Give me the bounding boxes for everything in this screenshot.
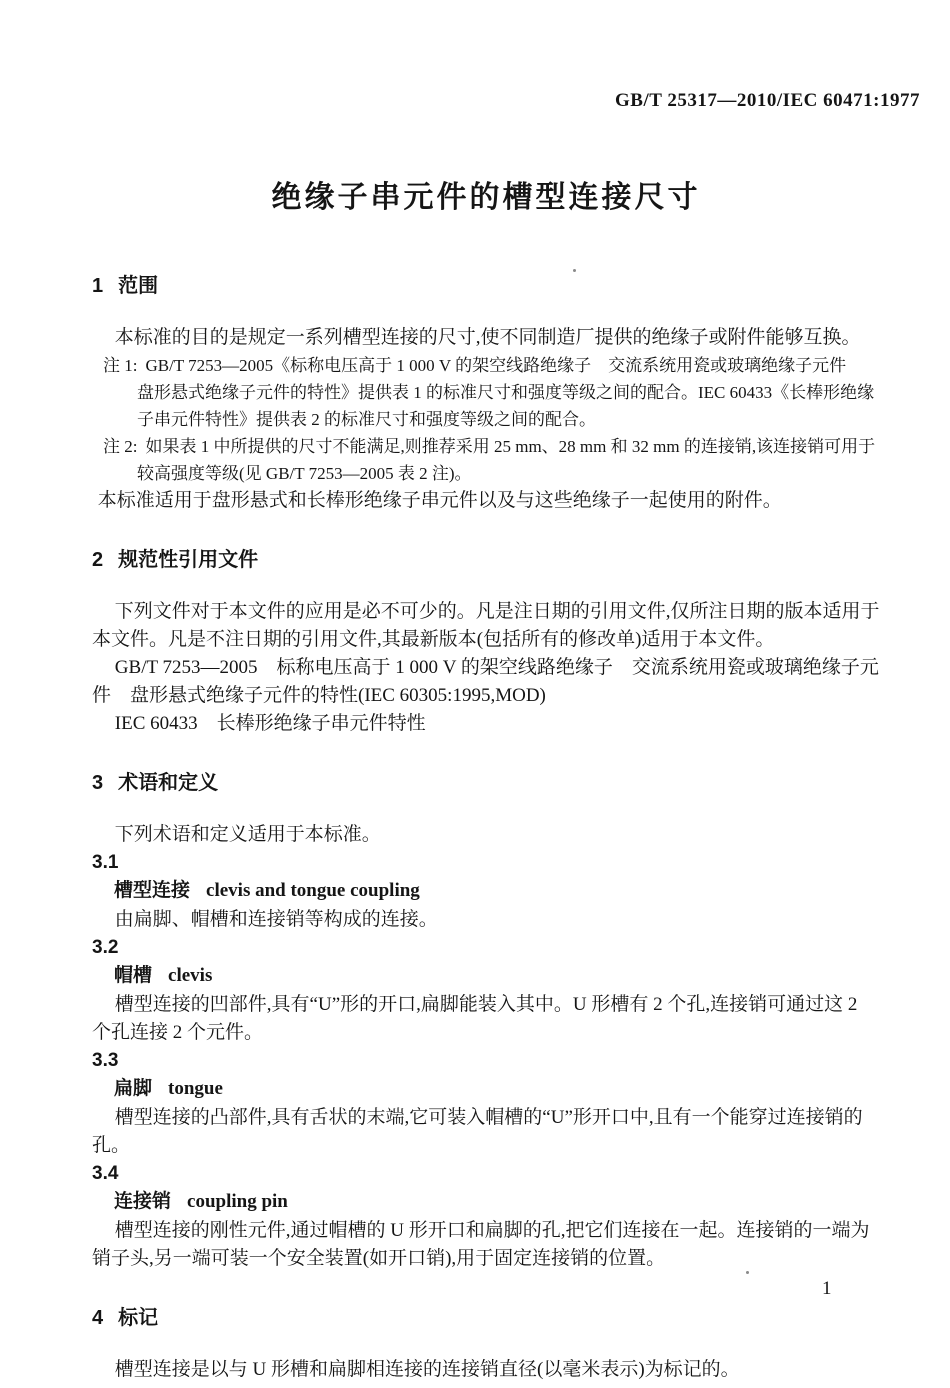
reference-item: GB/T 7253—2005 标称电压高于 1 000 V 的架空线路绝缘子 交… [92,654,880,710]
term-number: 3.4 [92,1160,880,1188]
section-2-number: 2 [92,549,103,571]
term-entry: 3.2 帽槽clevis 槽型连接的凹部件,具有“U”形的开口,扁脚能装入其中。… [92,934,880,1047]
term-number: 3.1 [92,849,880,877]
term-name-zh: 扁脚 [114,1078,152,1099]
note-1-label: 注 1: [103,356,137,375]
note-1: 注 1:GB/T 7253—2005《标称电压高于 1 000 V 的架空线路绝… [92,352,880,433]
section-4-heading: 4标记 [92,1304,880,1332]
section-3-number: 3 [92,772,103,794]
section-2-title: 规范性引用文件 [118,549,258,571]
term-title: 连接销coupling pin [92,1188,880,1217]
term-title: 扁脚tongue [92,1075,880,1104]
term-number: 3.3 [92,1047,880,1075]
term-title: 帽槽clevis [92,962,880,991]
section-scope: 1范围 本标准的目的是规定一系列槽型连接的尺寸,使不同制造厂提供的绝缘子或附件能… [92,272,880,515]
term-entry: 3.1 槽型连接clevis and tongue coupling 由扁脚、帽… [92,849,880,934]
scan-speck [746,1271,749,1274]
section-designation: 4标记 槽型连接是以与 U 形槽和扁脚相连接的连接销直径(以毫米表示)为标记的。 [92,1304,880,1384]
term-definition: 槽型连接的凸部件,具有舌状的末端,它可装入帽槽的“U”形开口中,且有一个能穿过连… [92,1104,880,1160]
section-1-heading: 1范围 [92,272,880,300]
term-name-en: clevis and tongue coupling [206,880,420,901]
reference-item: IEC 60433 长棒形绝缘子串元件特性 [92,710,880,738]
term-entry: 3.4 连接销coupling pin 槽型连接的刚性元件,通过帽槽的 U 形开… [92,1160,880,1273]
page-number: 1 [822,1278,832,1300]
term-number: 3.2 [92,934,880,962]
term-name-en: clevis [168,965,212,986]
scope-applicability-paragraph: 本标准适用于盘形悬式和长棒形绝缘子串元件以及与这些绝缘子一起使用的附件。 [92,487,880,515]
section-4-number: 4 [92,1307,103,1329]
term-name-en: coupling pin [187,1191,288,1212]
section-2-heading: 2规范性引用文件 [92,546,880,574]
term-name-zh: 槽型连接 [114,880,190,901]
note-2: 注 2:如果表 1 中所提供的尺寸不能满足,则推荐采用 25 mm、28 mm … [92,433,880,487]
term-title: 槽型连接clevis and tongue coupling [92,877,880,906]
term-definition: 槽型连接的刚性元件,通过帽槽的 U 形开口和扁脚的孔,把它们连接在一起。连接销的… [92,1217,880,1273]
section-4-title: 标记 [118,1307,158,1329]
note-2-label: 注 2: [103,437,137,456]
term-entry: 3.3 扁脚tongue 槽型连接的凸部件,具有舌状的末端,它可装入帽槽的“U”… [92,1047,880,1160]
section-3-heading: 3术语和定义 [92,769,880,797]
term-name-en: tongue [168,1078,223,1099]
scope-paragraph: 本标准的目的是规定一系列槽型连接的尺寸,使不同制造厂提供的绝缘子或附件能够互换。 [92,324,880,352]
term-name-zh: 连接销 [114,1191,171,1212]
note-2-text: 如果表 1 中所提供的尺寸不能满足,则推荐采用 25 mm、28 mm 和 32… [137,437,875,483]
document-page: GB/T 25317—2010/IEC 60471:1977 绝缘子串元件的槽型… [0,0,950,1388]
references-intro-paragraph: 下列文件对于本文件的应用是必不可少的。凡是注日期的引用文件,仅所注日期的版本适用… [92,598,880,654]
document-content: 绝缘子串元件的槽型连接尺寸 1范围 本标准的目的是规定一系列槽型连接的尺寸,使不… [92,0,880,1384]
designation-paragraph: 槽型连接是以与 U 形槽和扁脚相连接的连接销直径(以毫米表示)为标记的。 [92,1356,880,1384]
section-1-title: 范围 [118,275,158,297]
term-name-zh: 帽槽 [114,965,152,986]
section-3-title: 术语和定义 [118,772,218,794]
section-1-number: 1 [92,275,103,297]
term-definition: 由扁脚、帽槽和连接销等构成的连接。 [92,906,880,934]
note-1-text: GB/T 7253—2005《标称电压高于 1 000 V 的架空线路绝缘子 交… [137,356,874,429]
term-definition: 槽型连接的凹部件,具有“U”形的开口,扁脚能装入其中。U 形槽有 2 个孔,连接… [92,991,880,1047]
document-title: 绝缘子串元件的槽型连接尺寸 [92,172,880,216]
terms-intro-paragraph: 下列术语和定义适用于本标准。 [92,821,880,849]
section-normative-references: 2规范性引用文件 下列文件对于本文件的应用是必不可少的。凡是注日期的引用文件,仅… [92,546,880,738]
scan-speck [573,269,576,272]
section-terms-definitions: 3术语和定义 下列术语和定义适用于本标准。 3.1 槽型连接clevis and… [92,769,880,1273]
